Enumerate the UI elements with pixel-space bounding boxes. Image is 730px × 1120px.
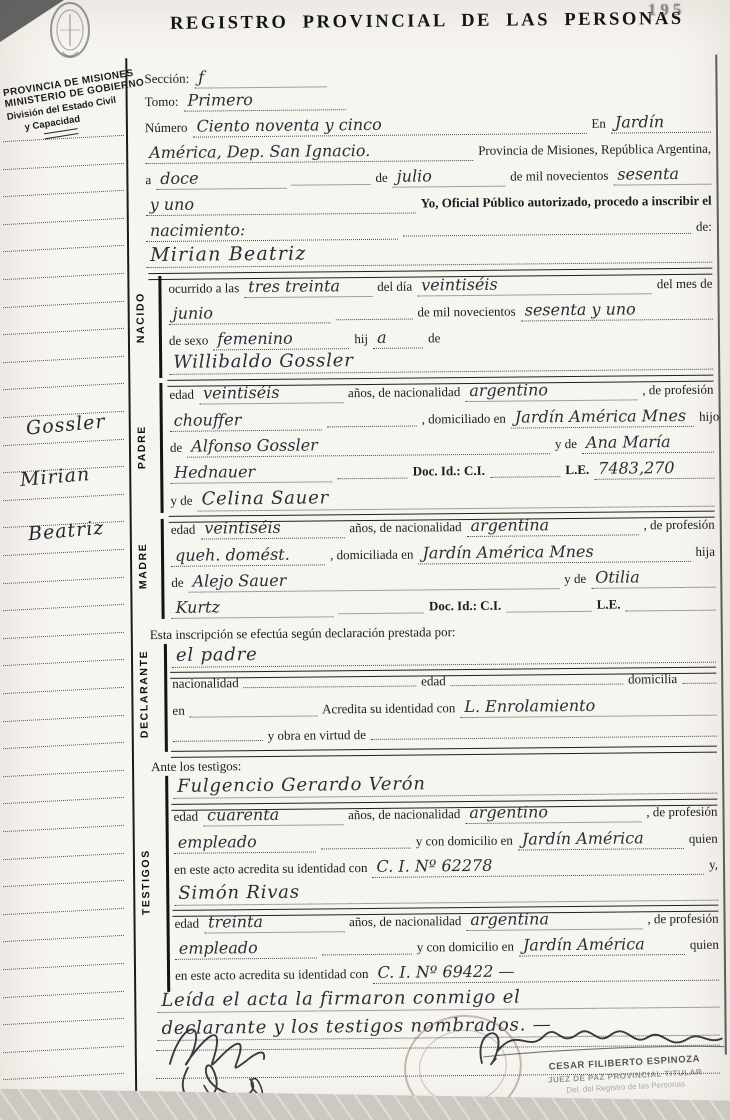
testigos-t2-doc: C. I. Nº 69422 — [373, 962, 719, 984]
section-rule [158, 276, 162, 378]
madre-prof: queh. domést. [171, 546, 325, 566]
signature-espinoza-stroke [498, 1030, 722, 1051]
testigos-t1-edad_l: edad [173, 809, 198, 825]
field-lugar: América, Dep. San Ignacio. Provincia de … [145, 140, 711, 164]
cabecera-demil: de mil novecientos [510, 168, 608, 185]
blank-line [327, 423, 417, 427]
testigos-t2-quien: quien [690, 937, 719, 953]
section-rule [164, 644, 168, 752]
blank-line [626, 607, 716, 611]
section-rule [165, 776, 170, 992]
blank-line [339, 610, 424, 614]
padre-edad: veintiséis [199, 384, 343, 404]
declarante-acredita_l: Acredita su identidad con [322, 700, 455, 717]
madre-dom: Jardín América Mnes [418, 543, 690, 564]
testigos-t2-acred_l: en este acto acredita su identidad con [175, 966, 369, 984]
cabecera-mes: julio [393, 168, 506, 188]
madre-edad: veintiséis [200, 519, 344, 539]
testigos-t2-prof_l: , de profesión [647, 911, 718, 928]
padre-hijo: hijo [699, 409, 719, 425]
testigos-t2-edad: treinta [204, 913, 344, 933]
section-rule [161, 519, 165, 619]
field-testigo1-edad: edad cuarenta años, de nacionalidad arge… [173, 803, 717, 827]
page-number-stamp: 195 [648, 0, 686, 20]
testigos-t2-nombre: Simón Rivas [174, 880, 718, 906]
field-padre-documento: Hednauer Doc. Id.: C.I. L.E. 7483,270 [170, 460, 714, 484]
testigos-t1-nac_l: años, de nacionalidad [348, 806, 460, 823]
field-testigo1-documento: en este acto acredita su identidad con C… [174, 856, 718, 880]
nacido-padre: Willibaldo Gossler [169, 349, 713, 375]
padre-le_l: L.E. [565, 462, 589, 478]
testigos-t1-acred_l: en este acto acredita su identidad con [174, 860, 368, 878]
nacido-delmes: del mes de [657, 276, 713, 293]
declarante-edad_l: edad [421, 673, 446, 689]
testigos-t1-nombre: Fulgencio Gerardo Verón [173, 773, 717, 799]
padre-prof: chouffer [170, 411, 322, 431]
field-mes-anio: junio de mil novecientos sesenta y uno [169, 301, 713, 325]
madre-abuelo: Alejo Sauer [188, 570, 559, 592]
signature-gossler-stroke [170, 1029, 265, 1069]
field-padre-abuelos: de Alfonso Gossler y de Ana María [170, 434, 714, 458]
field-testigo2-nombre: Simón Rivas [174, 880, 718, 906]
padre-doc_l: Doc. Id.: C.I. [413, 463, 485, 480]
madre-yde: y de [564, 571, 586, 587]
padre-conyuge: Celina Sauer [197, 486, 714, 512]
nacido-dia: veintiséis [417, 275, 652, 296]
madre-le_l: L.E. [597, 597, 621, 613]
cabecera-seccion_label: Sección: [144, 71, 189, 87]
madre-nac: argentina [466, 516, 638, 536]
padre-le: 7483,270 [594, 460, 714, 480]
blank-line [403, 231, 691, 237]
nacido-mes: junio [169, 304, 331, 324]
field-numero: Número Ciento noventa y cinco En Jardín [145, 114, 711, 138]
declarante-nacionalidad_l: nacionalidad [172, 675, 239, 692]
cabecera-tomo_label: Tomo: [145, 94, 179, 110]
testigos-t1-quien: quien [689, 831, 718, 847]
cabecera-anio2: y uno [146, 195, 416, 216]
nacido-deldia: del día [377, 279, 412, 295]
cabecera-numero_label: Número [145, 120, 188, 136]
testigos-t1-edad: cuarenta [203, 806, 343, 826]
nacido-desexo: de sexo [169, 332, 209, 348]
cabecera-numero: Ciento noventa y cinco [192, 115, 586, 138]
madre-abuela: Otilia [591, 569, 715, 589]
testigos-ante: Ante los testigos: [151, 758, 241, 775]
cabecera-en: En [591, 116, 606, 132]
declarante-en_l: en [172, 703, 184, 719]
blank-line [336, 316, 413, 320]
field-hora-dia: ocurrido a las tres treinta del día vein… [168, 275, 712, 299]
madre-nac_l: años, de nacionalidad [349, 519, 461, 536]
madre-prof_l: , de profesión [644, 517, 715, 534]
cabecera-de2: de: [696, 219, 712, 235]
cabecera-dia: doce [156, 170, 286, 190]
cabecera-de: de [375, 170, 387, 186]
blank-line [190, 713, 317, 717]
padre-nac: argentino [465, 381, 637, 401]
nacido-demil: de mil novecientos [417, 304, 515, 321]
madre-de: de [171, 575, 183, 591]
margin-divider-line [125, 58, 137, 1112]
padre-dom: Jardín América Mnes [511, 408, 694, 429]
cabecera-provincia: Provincia de Misiones, República Argenti… [478, 141, 711, 159]
padre-yde: y de [555, 436, 577, 452]
field-madre-edad: edad veintiséis años, de nacionalidad ar… [171, 516, 715, 540]
section-label-madre: MADRE [137, 543, 149, 590]
testigos-t2-prof: empleado [175, 939, 317, 959]
madre-hija: hija [695, 544, 715, 560]
blank-line [291, 182, 370, 186]
section-label-declarante: DECLARANTE [138, 650, 151, 738]
testigos-t1-dom: Jardín América [518, 830, 684, 850]
field-testigo2-edad: edad treinta años, de nacionalidad argen… [174, 910, 718, 934]
padre-abuelo: Alfonso Gossler [187, 435, 550, 457]
field-padre-profesion: chouffer , domiciliado en Jardín América… [170, 408, 714, 432]
testigos-t1-doc: C. I. Nº 62278 [372, 856, 704, 878]
madre-edad_l: edad [171, 522, 196, 538]
blank-line [337, 475, 407, 479]
cabecera-a: a [145, 172, 151, 188]
field-testigo2-domicilio: empleado y con domicilio en Jardín Améri… [175, 936, 719, 960]
field-seccion: Sección: ƒ [144, 65, 710, 89]
declarante-acredita: L. Enrolamiento [460, 697, 716, 718]
padre-prof_l: , de profesión [642, 382, 713, 399]
blank-line [321, 845, 411, 849]
cabecera-oficial: Yo, Oficial Público autorizado, procedo … [421, 193, 712, 212]
field-nombre-padre: Willibaldo Gossler [169, 349, 713, 375]
madre-abuela2: Kurtz [171, 598, 333, 618]
blank-line [322, 951, 412, 955]
section-label-padre: PADRE [136, 425, 148, 469]
padre-de: de [170, 440, 182, 456]
madre-dom_l: , domiciliada en [330, 547, 414, 564]
field-anio: y uno Yo, Oficial Público autorizado, pr… [146, 192, 712, 216]
padre-edad_l: edad [169, 387, 194, 403]
field-ante-testigos: Ante los testigos: [151, 754, 717, 775]
testigos-t1-y: y, [709, 857, 718, 873]
testigos-t2-nac: argentina [466, 910, 642, 930]
nacido-sexo: femenino [213, 330, 349, 350]
cabecera-tomo: Primero [183, 91, 345, 111]
nacido-ocurrido: ocurrido a las [168, 280, 239, 297]
declaracion-texto: Esta inscripción se efectúa según declar… [150, 624, 456, 643]
padre-dom_l: , domiciliado en [422, 411, 506, 428]
page-title: REGISTRO PROVINCIAL DE LAS PERSONAS [144, 9, 710, 35]
field-acto: nacimiento: de: [146, 218, 712, 242]
field-testigo1-domicilio: empleado y con domicilio en Jardín Améri… [174, 830, 718, 854]
field-declarante-virtud: y obra en virtud de [173, 724, 717, 745]
testigos-t1-prof_l: , de profesión [646, 804, 717, 821]
field-madre-documento: Kurtz Doc. Id.: C.I. L.E. [171, 595, 715, 619]
field-declarado-por: el padre [172, 642, 716, 668]
declarante-domicilia_l: domicilia [628, 671, 677, 687]
padre-yde2: y de [170, 493, 192, 509]
field-padre-edad: edad veintiséis años, de nacionalidad ar… [169, 381, 713, 405]
blank-line [490, 474, 560, 478]
padre-nac_l: años, de nacionalidad [348, 384, 460, 401]
nacido-de: de [428, 330, 440, 346]
field-declarante-identidad: en Acredita su identidad con L. Enrolami… [172, 697, 716, 721]
testigos-t1-dom_l: y con domicilio en [416, 833, 513, 850]
testigos-t2-dom: Jardín América [519, 936, 685, 956]
field-fecha: a doce de julio de mil novecientos sesen… [145, 166, 711, 190]
section-label-nacido: NACIDO [134, 292, 146, 343]
blank-line [244, 684, 416, 689]
field-declaracion: Esta inscripción se efectúa según declar… [150, 622, 716, 643]
nacido-hij: hij [354, 331, 368, 347]
field-nombre-madre: y de Celina Sauer [170, 486, 714, 512]
section-label-testigos: TESTIGOS [140, 849, 153, 915]
nacido-anio: sesenta y uno [521, 301, 713, 322]
nacido-sufijo: a [373, 329, 423, 348]
field-testigo2-documento: en este acto acredita su identidad con C… [175, 962, 719, 986]
field-nombre-inscripto: Mirian Beatriz [146, 241, 712, 268]
blank-line [682, 681, 716, 684]
field-sexo: de sexo femenino hij a de [169, 327, 713, 351]
madre-doc_l: Doc. Id.: C.I. [429, 598, 501, 615]
cabecera-lugar: Jardín [611, 114, 711, 134]
blank-line [506, 609, 591, 613]
declaracion-por: el padre [172, 642, 716, 668]
testigos-t1-prof: empleado [174, 833, 316, 853]
decoration [480, 1033, 498, 1064]
cabecera-lugar2: América, Dep. San Ignacio. [145, 142, 473, 164]
declarante-obra_l: y obra en virtud de [268, 727, 366, 744]
padre-abuela: Ana María [582, 434, 714, 454]
testigos-t1-nac: argentino [465, 803, 641, 823]
blank-line [371, 734, 717, 740]
form-sheet: REGISTRO PROVINCIAL DE LAS PERSONAS 195 … [0, 0, 730, 1120]
testigos-t2-dom_l: y con domicilio en [417, 939, 514, 956]
blank-line [173, 738, 263, 742]
cabecera-inscripto: Mirian Beatriz [146, 241, 712, 268]
scanned-birth-certificate: PROVINCIA DE MISIONES MINISTERIO DE GOBI… [0, 0, 730, 1120]
cabecera-seccion: ƒ [194, 68, 326, 88]
section-rule [159, 383, 163, 513]
cabecera-acto: nacimiento: [146, 221, 398, 242]
field-madre-profesion: queh. domést. , domiciliada en Jardín Am… [171, 543, 715, 567]
nacido-hora: tres treinta [244, 278, 372, 298]
padre-abuela2: Hednauer [170, 463, 332, 483]
testigos-t2-edad_l: edad [174, 916, 199, 932]
field-tomo: Tomo: Primero [145, 88, 711, 112]
field-madre-abuelos: de Alejo Sauer y de Otilia [171, 569, 715, 593]
cabecera-anio: sesenta [613, 166, 711, 186]
blank-line [451, 682, 623, 687]
testigos-t2-nac_l: años, de nacionalidad [349, 913, 461, 930]
blank-line [445, 340, 713, 343]
field-testigo1-nombre: Fulgencio Gerardo Verón [173, 773, 717, 799]
